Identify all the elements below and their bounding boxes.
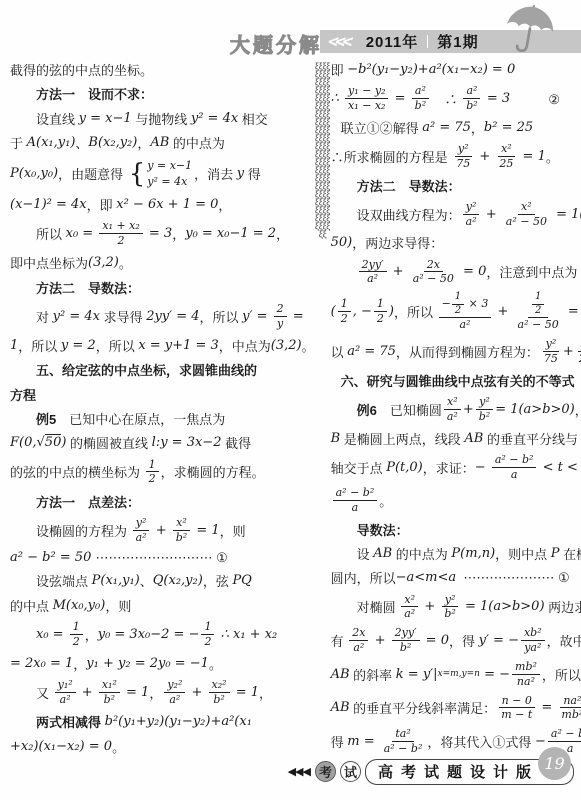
- text-line: 设双曲线方程为：y²a² + x²a² − 50 = 1(a² >: [331, 200, 573, 229]
- text-line: 方法二 导数法：: [331, 176, 573, 195]
- column-divider: ξξξξξξξξξξξξξξξξξξξξξξξξξξξξξξξξξξξξξξξξ…: [315, 60, 331, 756]
- footer-badge-shi: 试: [340, 761, 361, 782]
- text-line: 即中点坐标为(3,2)。: [10, 253, 315, 272]
- text-line: 的弦的中点的横坐标为 12，求椭圆的方程。: [10, 458, 315, 487]
- text-line: (x−1)² = 4x，即 x² − 6x + 1 = 0，: [10, 195, 315, 214]
- text-line: 1，所以 y = 2，所以 x = y+1 = 3，中点为(3,2)。: [10, 336, 315, 355]
- text-line: ∴所求椭圆的方程是 y²75 + x²25 = 1。: [331, 142, 573, 171]
- text-line: P(x₀,y₀)，由题意得 {y = x−1y² = 4x，消去 y 得: [10, 158, 315, 190]
- text-line: 又 y₁²a² + x₁²b² = 1，y₂²a² + x₂²b² = 1，: [10, 678, 315, 707]
- text-line: 的中点 M(x₀,y₀)，则: [10, 596, 315, 615]
- text-line: a² − b²a。: [331, 486, 573, 515]
- page-number: 19: [538, 747, 571, 780]
- footer-badge-kao: 考: [315, 761, 336, 782]
- page-footer: ◀◀◀ 考 试 高考试题设计版 19: [288, 755, 571, 788]
- text-line: 得 m = ta²a² − b²，将其代入①式得 −a² − b²a <: [331, 727, 573, 756]
- text-line: +x₂)(x₁−x₂) = 0。: [10, 737, 315, 756]
- text-line: (12, −12)，所以 −12 × 3a² + 12a² − 50 = 0，所: [331, 291, 573, 332]
- text-line: 所以 x₀ = x₁ + x₂2 = 3，y₀ = x₀−1 = 2，: [10, 219, 315, 248]
- text-line: 设弦端点 P(x₁,y₁)、Q(x₂,y₂)，弦 PQ: [10, 571, 315, 590]
- text-line: 设椭圆的方程为 y²a² + x²b² = 1，则: [10, 516, 315, 545]
- footer-arrows-icon: ◀◀◀: [288, 765, 310, 778]
- text-line: 方法一 点差法：: [10, 492, 315, 511]
- text-line: 导数法：: [331, 520, 573, 539]
- text-line: x₀ = 12，y₀ = 3x₀−2 = −12 ∴ x₁ + x₂: [10, 620, 315, 649]
- text-line: 方程: [10, 385, 315, 404]
- text-line: 于 A(x₁,y₁)、B(x₂,y₂)，AB 的中点为: [10, 133, 315, 152]
- text-line: a² − b² = 50 ⋯⋯⋯⋯⋯⋯⋯⋯⋯ ①: [10, 550, 315, 566]
- text-line: F(0,√50) 的椭圆被直线 l:y = 3x−2 截得: [10, 433, 315, 452]
- text-line: 圆内，所以−a<m<a ⋯⋯⋯⋯⋯⋯⋯ ①: [331, 568, 573, 587]
- text-line: 轴交于点 P(t,0)，求证：− a² − b²a < t <: [331, 453, 573, 482]
- header-issue: 第1期: [437, 31, 478, 52]
- article-body: 截得的弦的中点的坐标。方法一 设而不求：设直线 y = x−1 与抛物线 y² …: [10, 60, 573, 756]
- text-line: ∴ y₁ − y₂x₁ − x₂ = a²b² ∴ a²b² = 3②: [331, 84, 573, 113]
- header-year: 2011年: [366, 31, 419, 52]
- text-line: 五、给定弦的中点坐标，求圆锥曲线的: [10, 360, 315, 379]
- text-line: 以 a² = 75，从而得到椭圆方程为：y²75+x²25= 1。: [331, 337, 573, 366]
- chevrons-icon: <<<: [326, 32, 353, 52]
- text-line: 联立①②解得 a² = 75，b² = 25: [331, 118, 573, 137]
- left-column: 截得的弦的中点的坐标。方法一 设而不求：设直线 y = x−1 与抛物线 y² …: [10, 60, 315, 756]
- header-separator: [427, 35, 428, 48]
- text-line: 例5 已知中心在原点，一焦点为: [10, 409, 315, 428]
- column-logo: 大题分解: [230, 29, 322, 58]
- text-line: = 2x₀ = 1，y₁ + y₂ = 2y₀ = −1。: [10, 654, 315, 673]
- text-line: 50)，两边求导得：: [331, 233, 573, 252]
- text-line: 截得的弦的中点的坐标。: [10, 60, 315, 79]
- text-line: 六、研究与圆锥曲线中点弦有关的不等式: [331, 371, 573, 390]
- text-line: 对 y² = 4x 求导得 2yy′ = 4，所以 y′ = 2y =: [10, 302, 315, 331]
- page-header: 大题分解 <<< 2011年 第1期: [0, 0, 581, 58]
- magazine-page: 大题分解 <<< 2011年 第1期 截得的弦的中点的坐标。方法一 设而不求：设…: [0, 0, 581, 800]
- text-line: AB 的垂直平分线斜率满足：n − 0m − t = na²mb²，解: [331, 694, 573, 723]
- text-line: 设直线 y = x−1 与抛物线 y² = 4x 相交: [10, 109, 315, 128]
- right-column: 即 −b²(y₁−y₂)+a²(x₁−x₂) = 0∴ y₁ − y₂x₁ − …: [331, 60, 573, 756]
- umbrella-icon: [501, 2, 559, 58]
- text-line: 有 2xa² + 2yy′b² = 0，得 y′ = −xb²ya²，故中点弦: [331, 626, 573, 655]
- text-line: 例6 已知椭圆x²a²+y²b²= 1(a>b>0)，A、: [331, 395, 573, 424]
- text-line: 两式相减得 b²(y₁+y₂)(y₁−y₂)+a²(x₁: [10, 712, 315, 731]
- text-line: 即 −b²(y₁−y₂)+a²(x₁−x₂) = 0: [331, 60, 573, 79]
- text-line: 方法一 设而不求：: [10, 84, 315, 103]
- text-line: B 是椭圆上两点，线段 AB 的垂直平分线与 x: [331, 429, 573, 448]
- text-line: 设 AB 的中点为 P(m,n)，则中点 P 在椭: [331, 544, 573, 563]
- text-line: 2yy′a² + 2xa² − 50 = 0，注意到中点为: [331, 258, 573, 287]
- text-line: 方法二 导数法：: [10, 278, 315, 297]
- text-line: AB 的斜率 k = y′|x=m,y=n = −mb²na²，所以线段: [331, 660, 573, 689]
- text-line: 对椭圆 x²a² + y²b² = 1(a>b>0) 两边求导: [331, 593, 573, 622]
